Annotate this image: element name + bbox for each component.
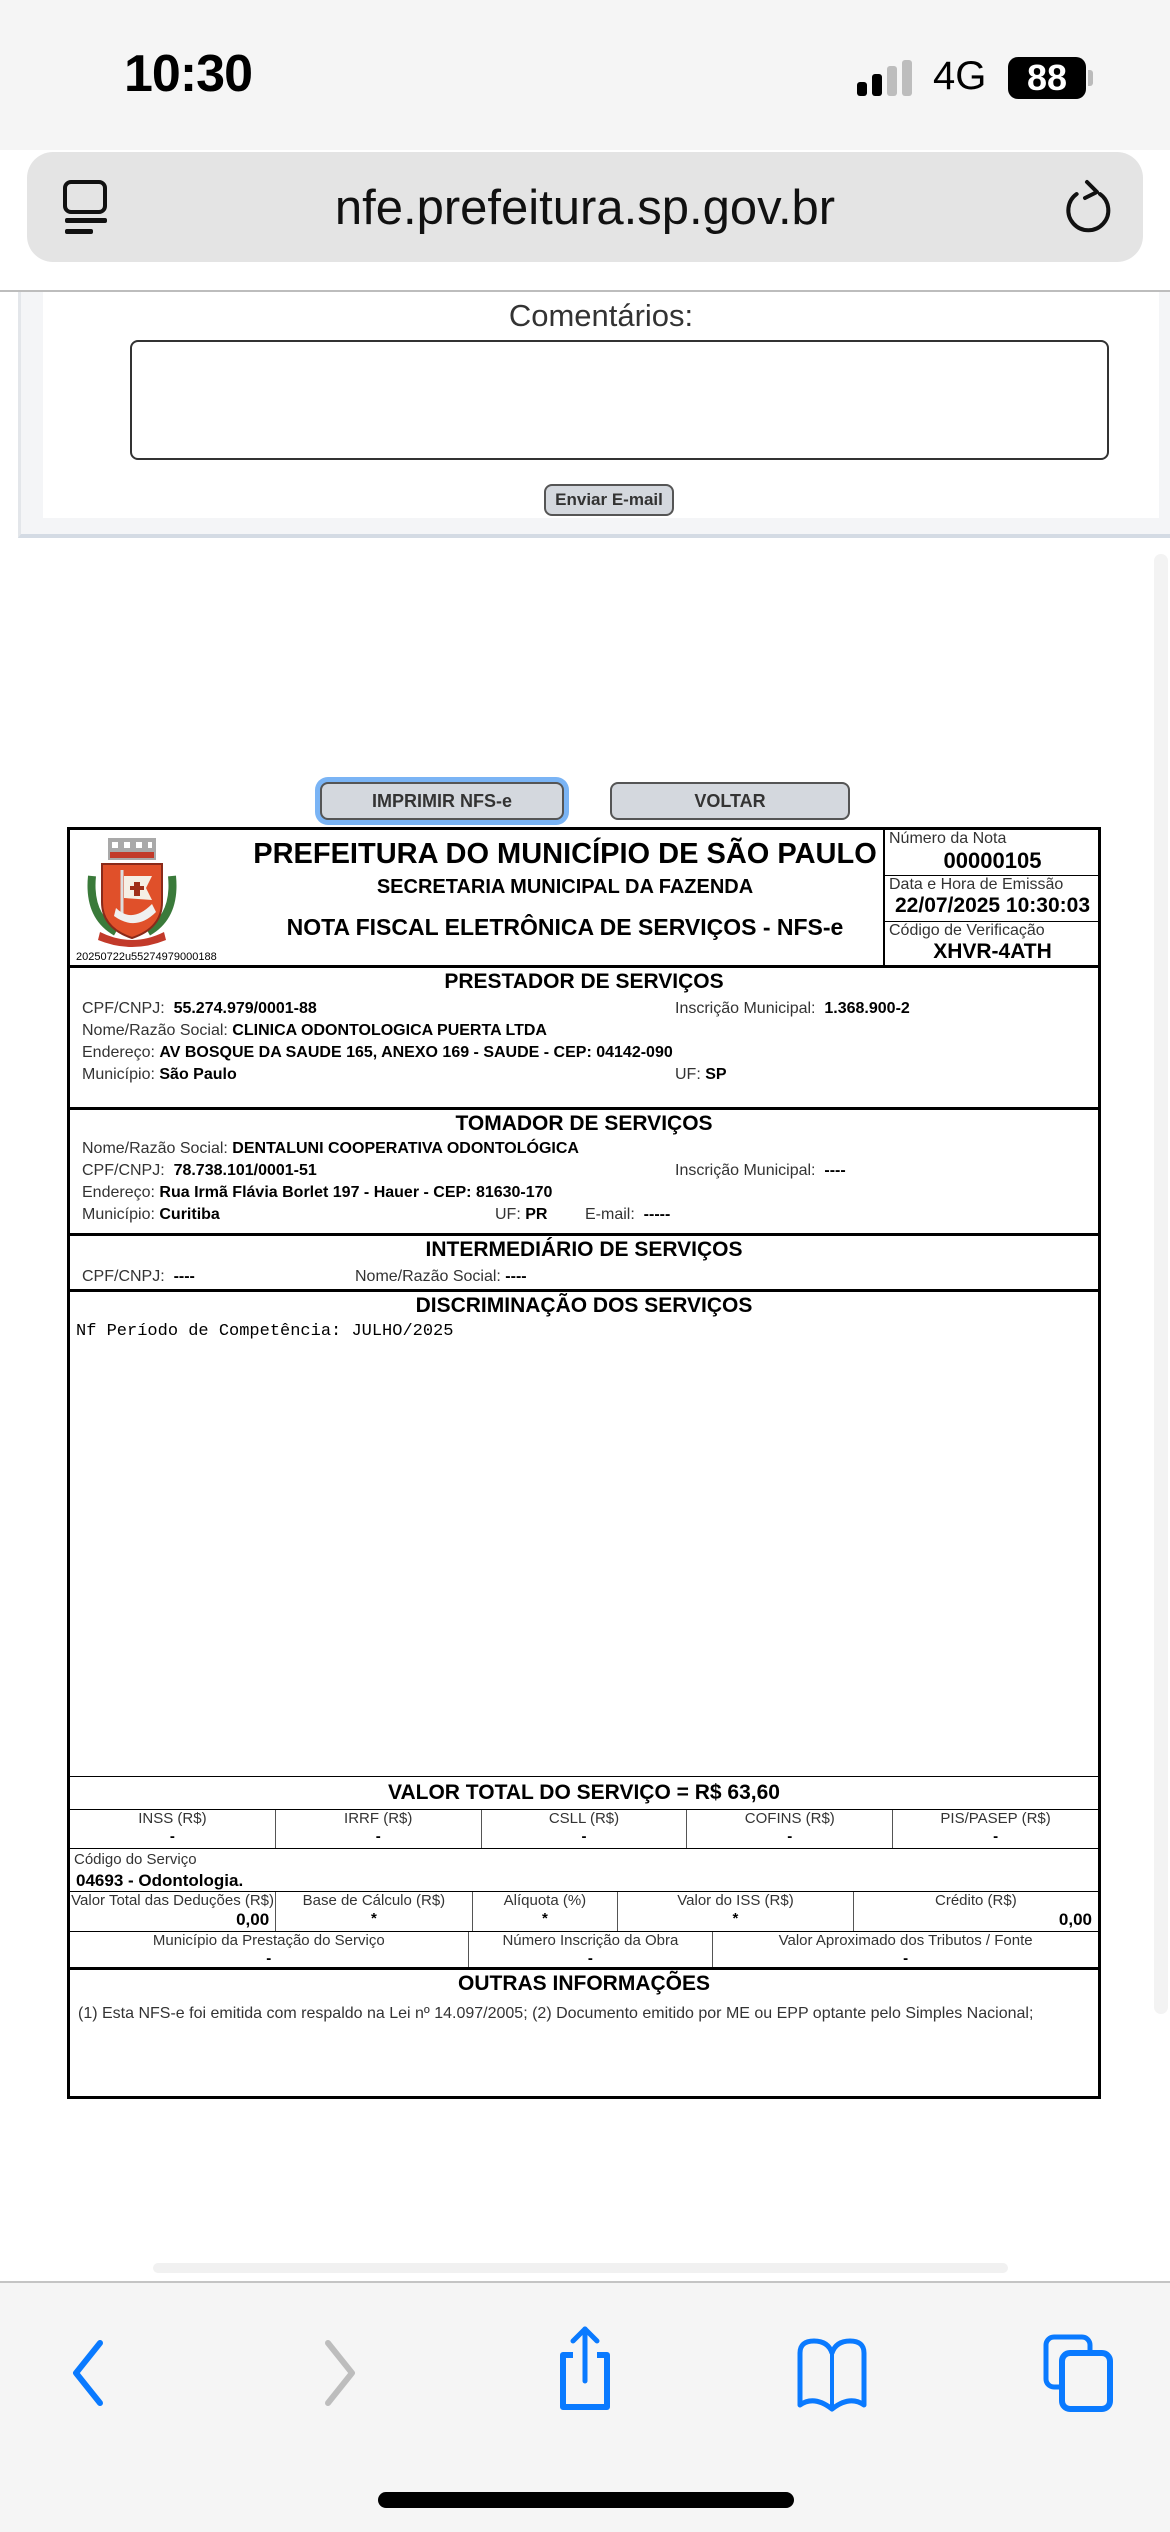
prestador-uf: UF: SP (675, 1066, 727, 1084)
iss-cell-2: Alíquota (%)* (473, 1892, 619, 1931)
intermediario-title: INTERMEDIÁRIO DE SERVIÇOS (70, 1238, 1098, 1262)
invoice-number-cell: Número da Nota 00000105 (885, 830, 1100, 876)
web-content: Comentários: Enviar E-mail IMPRIMIR NFS-… (0, 292, 1170, 2280)
send-email-button[interactable]: Enviar E-mail (544, 484, 674, 516)
cell-value: - (687, 1828, 892, 1845)
prestador-section: PRESTADOR DE SERVIÇOS CPF/CNPJ: 55.274.9… (70, 968, 1098, 1110)
cell-label: Valor Aproximado dos Tributos / Fonte (713, 1932, 1098, 1949)
address-bar[interactable]: nfe.prefeitura.sp.gov.br (27, 152, 1143, 262)
document-type-title: NOTA FISCAL ELETRÔNICA DE SERVIÇOS - NFS… (185, 914, 945, 941)
cell-label: PIS/PASEP (R$) (893, 1810, 1098, 1827)
iss-cell-4: Crédito (R$)0,00 (854, 1892, 1098, 1931)
bookmarks-icon[interactable] (792, 2333, 872, 2413)
iss-cell-1: Base de Cálculo (R$)* (276, 1892, 472, 1931)
cell-value: * (618, 1910, 853, 1927)
federal-tax-0: INSS (R$)- (70, 1810, 276, 1848)
tomador-email: E-mail: ----- (585, 1206, 670, 1224)
cell-value: - (70, 1950, 468, 1967)
prestador-cnpj: CPF/CNPJ: 55.274.979/0001-88 (82, 1000, 317, 1018)
cell-label: Base de Cálculo (R$) (276, 1892, 471, 1909)
comments-label: Comentários: (43, 298, 1159, 334)
cell-label: Alíquota (%) (473, 1892, 618, 1909)
cell-value: 0,00 (70, 1910, 275, 1930)
codigo-servico-label: Código do Serviço (74, 1851, 197, 1868)
federal-tax-3: COFINS (R$)- (687, 1810, 893, 1848)
invoice-number-label: Número da Nota (889, 830, 1006, 848)
barcode-text: 20250722u55274979000188 (76, 951, 217, 963)
valor-total: VALOR TOTAL DO SERVIÇO = R$ 63,60 (70, 1776, 1098, 1810)
cell-value: - (893, 1828, 1098, 1845)
horizontal-scrollbar[interactable] (153, 2263, 1008, 2273)
tomador-uf: UF: PR (495, 1206, 547, 1224)
page-scrollbar[interactable] (1154, 554, 1168, 2014)
outras-section: OUTRAS INFORMAÇÕES (1) Esta NFS-e foi em… (70, 1970, 1098, 2096)
codigo-servico: Código do Serviço 04693 - Odontologia. (70, 1849, 1098, 1892)
back-button[interactable]: VOLTAR (610, 782, 850, 820)
tomador-municipio: Município: Curitiba (82, 1206, 220, 1224)
email-panel: Comentários: Enviar E-mail (18, 292, 1170, 538)
iss-cell-0: Valor Total das Deduções (R$)0,00 (70, 1892, 276, 1931)
url-text[interactable]: nfe.prefeitura.sp.gov.br (27, 180, 1143, 236)
share-icon[interactable] (545, 2323, 625, 2413)
tomador-endereco: Endereço: Rua Irmã Flávia Borlet 197 - H… (82, 1184, 552, 1202)
tomador-nome: Nome/Razão Social: DENTALUNI COOPERATIVA… (82, 1140, 579, 1158)
cell-label: CSLL (R$) (482, 1810, 687, 1827)
issue-date: 22/07/2025 10:30:03 (885, 894, 1100, 918)
cell-value: * (473, 1910, 618, 1927)
cellular-signal-icon (857, 60, 917, 96)
back-icon[interactable] (48, 2333, 128, 2413)
battery-icon: 88 (1008, 57, 1086, 99)
prestador-im: Inscrição Municipal: 1.368.900-2 (675, 1000, 910, 1018)
reload-icon[interactable] (1057, 178, 1113, 238)
forward-icon[interactable] (300, 2333, 380, 2413)
cell-label: Número Inscrição da Obra (469, 1932, 713, 1949)
sao-paulo-crest-icon (86, 836, 178, 950)
tomador-section: TOMADOR DE SERVIÇOS Nome/Razão Social: D… (70, 1110, 1098, 1236)
print-nfse-button[interactable]: IMPRIMIR NFS-e (320, 782, 564, 820)
cell-value: - (713, 1950, 1098, 1967)
comments-input[interactable] (130, 340, 1109, 460)
tomador-title: TOMADOR DE SERVIÇOS (70, 1112, 1098, 1136)
location-cell-0: Município da Prestação do Serviço- (70, 1932, 469, 1967)
intermediario-section: INTERMEDIÁRIO DE SERVIÇOS CPF/CNPJ: ----… (70, 1236, 1098, 1292)
iss-cell-3: Valor do ISS (R$)* (618, 1892, 854, 1931)
location-row: Município da Prestação do Serviço-Número… (70, 1932, 1098, 1970)
cell-label: Crédito (R$) (854, 1892, 1098, 1909)
nfse-document: 20250722u55274979000188 PREFEITURA DO MU… (67, 827, 1101, 2099)
home-indicator (378, 2492, 794, 2508)
cell-value: - (482, 1828, 687, 1845)
invoice-meta: Número da Nota 00000105 Data e Hora de E… (883, 830, 1098, 968)
cell-label: COFINS (R$) (687, 1810, 892, 1827)
invoice-number: 00000105 (885, 848, 1100, 874)
prestador-title: PRESTADOR DE SERVIÇOS (70, 970, 1098, 994)
cell-label: Município da Prestação do Serviço (70, 1932, 468, 1949)
network-type: 4G (933, 54, 986, 99)
tabs-icon[interactable] (1040, 2333, 1120, 2413)
prestador-nome: Nome/Razão Social: CLINICA ODONTOLOGICA … (82, 1022, 547, 1040)
prestador-municipio: Município: São Paulo (82, 1066, 237, 1084)
verification-code-label: Código de Verificação (889, 922, 1045, 940)
federal-tax-4: PIS/PASEP (R$)- (893, 1810, 1098, 1848)
cell-label: INSS (R$) (70, 1810, 275, 1827)
tomador-im: Inscrição Municipal: ---- (675, 1162, 846, 1180)
outras-title: OUTRAS INFORMAÇÕES (70, 1972, 1098, 1996)
intermediario-cnpj: CPF/CNPJ: ---- (82, 1268, 195, 1286)
email-form: Comentários: Enviar E-mail (43, 292, 1159, 518)
battery-cap (1088, 70, 1093, 86)
cell-label: IRRF (R$) (276, 1810, 481, 1827)
cell-label: Valor do ISS (R$) (618, 1892, 853, 1909)
federal-tax-1: IRRF (R$)- (276, 1810, 482, 1848)
tomador-cnpj: CPF/CNPJ: 78.738.101/0001-51 (82, 1162, 317, 1180)
discriminacao-text: Nf Período de Competência: JULHO/2025 (76, 1322, 453, 1341)
cell-value: - (469, 1950, 713, 1967)
status-time: 10:30 (124, 44, 252, 104)
prestador-endereco: Endereço: AV BOSQUE DA SAUDE 165, ANEXO … (82, 1044, 673, 1062)
verification-code: XHVR-4ATH (885, 940, 1100, 964)
cell-value: 0,00 (854, 1910, 1098, 1930)
discriminacao-section: DISCRIMINAÇÃO DOS SERVIÇOS Nf Período de… (70, 1292, 1098, 1776)
codigo-servico-value: 04693 - Odontologia. (76, 1871, 243, 1891)
iss-row: Valor Total das Deduções (R$)0,00Base de… (70, 1892, 1098, 1932)
cell-label: Valor Total das Deduções (R$) (70, 1892, 275, 1909)
issue-date-label: Data e Hora de Emissão (889, 876, 1063, 894)
cell-value: * (276, 1910, 471, 1927)
location-cell-1: Número Inscrição da Obra- (469, 1932, 714, 1967)
verification-code-cell: Código de Verificação XHVR-4ATH (885, 922, 1100, 968)
intermediario-nome: Nome/Razão Social: ---- (355, 1268, 527, 1286)
issue-date-cell: Data e Hora de Emissão 22/07/2025 10:30:… (885, 876, 1100, 922)
status-bar: 10:30 4G 88 (0, 0, 1170, 150)
secretaria-title: SECRETARIA MUNICIPAL DA FAZENDA (185, 876, 945, 899)
cell-value: - (70, 1828, 275, 1845)
municipality-title: PREFEITURA DO MUNICÍPIO DE SÃO PAULO (185, 838, 945, 871)
outras-text: (1) Esta NFS-e foi emitida com respaldo … (78, 2004, 1090, 2023)
invoice-header: 20250722u55274979000188 PREFEITURA DO MU… (70, 830, 1098, 968)
discriminacao-title: DISCRIMINAÇÃO DOS SERVIÇOS (70, 1294, 1098, 1318)
cell-value: - (276, 1828, 481, 1845)
location-cell-2: Valor Aproximado dos Tributos / Fonte- (713, 1932, 1098, 1967)
federal-tax-2: CSLL (R$)- (482, 1810, 688, 1848)
federal-taxes-row: INSS (R$)-IRRF (R$)-CSLL (R$)-COFINS (R$… (70, 1810, 1098, 1849)
